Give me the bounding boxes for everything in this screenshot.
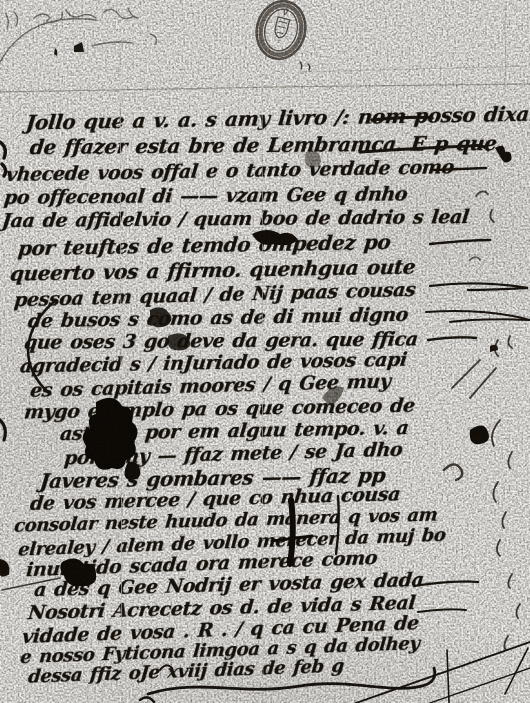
manuscript-line: Jaa de affidelvio / quam boo de dadrio s… — [2, 206, 469, 232]
manuscript-line: po offecenoal di —— vzam Gee q dnho — [4, 183, 407, 209]
archive-stamp — [251, 0, 312, 64]
faint-annotation — [0, 8, 156, 62]
manuscript-line: de ffazer esta bre de Lembramca. E p que — [30, 131, 497, 159]
crease-line — [0, 84, 530, 92]
manuscript-page: Jollo que a v. a. s amy livro /: nom pos… — [0, 0, 530, 703]
manuscript-line: vhecede voos offal e o tanto verdade com… — [6, 156, 454, 186]
manuscript-line: Jollo que a v. a. s amy livro /: nom pos… — [26, 102, 530, 135]
